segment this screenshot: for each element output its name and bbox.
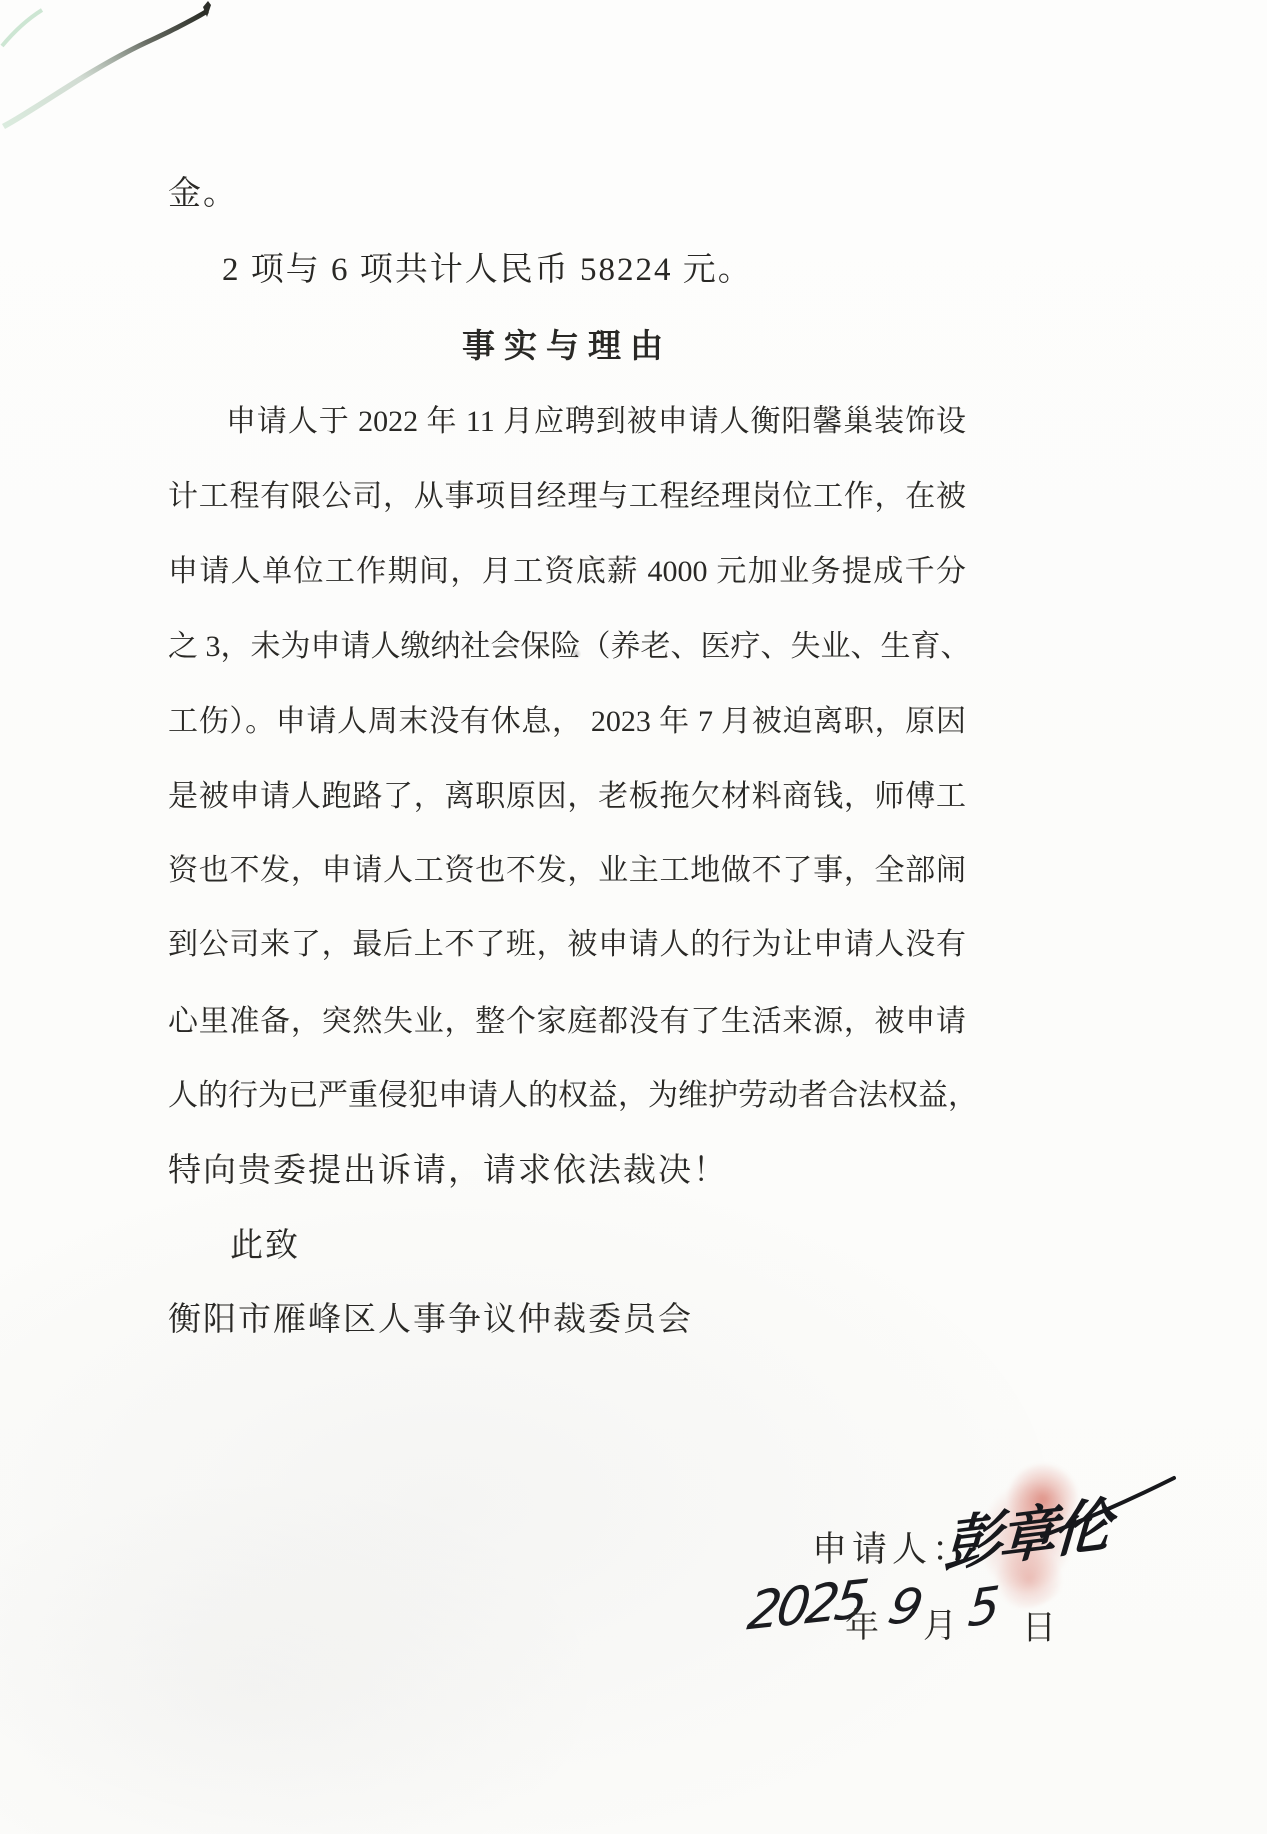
doc-line: 人的行为已严重侵犯申请人的权益，为维护劳动者合法权益， xyxy=(168,1074,966,1118)
doc-line: 之 3，未为申请人缴纳社会保险（养老、医疗、失业、生育、 xyxy=(168,625,966,669)
doc-line: 是被申请人跑路了，离职原因，老板拖欠材料商钱，师傅工 xyxy=(168,775,966,819)
doc-line: 计工程有限公司，从事项目经理与工程经理岗位工作，在被 xyxy=(168,475,966,519)
salutation: 此致 xyxy=(168,1224,966,1268)
section-heading: 事实与理由 xyxy=(168,325,966,369)
doc-line: 特向贵委提出诉请，请求依法裁决！ xyxy=(168,1149,966,1193)
day-label: 日 xyxy=(1022,1600,1056,1649)
handwritten-month: 9 xyxy=(883,1577,929,1636)
doc-line: 2 项与 6 项共计人民币 58224 元。 xyxy=(168,248,966,292)
doc-line: 心里准备，突然失业，整个家庭都没有了生活来源，被申请 xyxy=(168,1000,966,1044)
doc-line: 到公司来了，最后上不了班，被申请人的行为让申请人没有 xyxy=(168,923,966,967)
committee-name: 衡阳市雁峰区人事争议仲裁委员会 xyxy=(168,1298,966,1342)
doc-line: 资也不发，申请人工资也不发，业主工地做不了事，全部闹 xyxy=(168,849,966,893)
handwritten-day: 5 xyxy=(966,1575,1002,1639)
doc-line: 申请人单位工作期间，月工资底薪 4000 元加业务提成千分 xyxy=(168,550,966,594)
month-label: 月 xyxy=(923,1598,957,1647)
scanned-document-page: 金。 2 项与 6 项共计人民币 58224 元。 事实与理由 申请人于 202… xyxy=(0,0,1267,1834)
doc-line: 金。 xyxy=(168,172,966,216)
year-label: 年 xyxy=(845,1598,879,1647)
signature-flourish-stroke xyxy=(1040,1470,1180,1550)
doc-line: 工伤）。申请人周末没有休息， 2023 年 7 月被迫离职，原因 xyxy=(168,700,966,744)
doc-line: 申请人于 2022 年 11 月应聘到被申请人衡阳馨巢装饰设 xyxy=(168,400,966,444)
scan-corner-streak xyxy=(0,0,230,150)
